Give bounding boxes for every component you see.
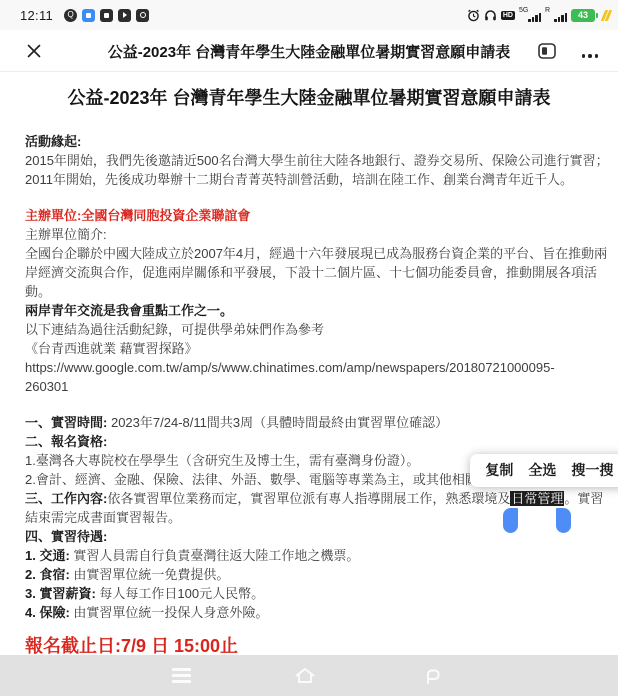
- more-menu-icon[interactable]: [582, 54, 599, 58]
- benefit-line-transport: 1. 交通: 實習人員需自行負責臺灣往返大陸工作地之機票。: [25, 546, 593, 565]
- section-origin-heading: 活動緣起:: [25, 132, 593, 151]
- item-work-content-line1: 三、工作內容:依各實習單位業務而定，實習單位派有專人指導開展工作，熟悉環境及日常…: [25, 489, 593, 508]
- text-selection-menu: 复制全选搜一搜: [470, 454, 618, 487]
- page-title: 公益-2023年 台灣青年學生大陸金融單位暑期實習意願申請表: [0, 30, 618, 72]
- headset-icon: [484, 9, 497, 22]
- select-all-button[interactable]: 全选: [528, 461, 556, 480]
- recent-apps-button[interactable]: [159, 655, 203, 696]
- document-body: 公益-2023年 台灣青年學生大陸金融單位暑期實習意願申請表 活動緣起: 201…: [25, 72, 593, 657]
- benefit-line-salary: 3. 實習薪資: 每人每工作日100元人民幣。: [25, 584, 593, 603]
- selected-text-highlight[interactable]: 日常管理复制全选搜一搜: [510, 491, 564, 506]
- reference-url-line2: 260301: [25, 377, 593, 396]
- status-bar: 12:11 Q HD 5G R 43: [0, 0, 618, 30]
- menu-icon: [172, 668, 191, 682]
- copy-button[interactable]: 复制: [485, 461, 513, 480]
- benefit-line-insurance: 4. 保險: 由實習單位統一投保人身意外險。: [25, 603, 593, 622]
- clock-time: 12:11: [20, 8, 53, 23]
- selection-handle-right[interactable]: [556, 508, 571, 533]
- item-qualification-heading: 二、報名資格:: [25, 432, 593, 451]
- notification-app-icon-camera: [136, 9, 149, 22]
- browser-title-bar: 公益-2023年 台灣青年學生大陸金融單位暑期實習意願申請表: [0, 30, 618, 72]
- item-internship-time: 一、實習時間: 2023年7/24-8/11間共3周（具體時間最終由實習單位確認…: [25, 413, 593, 432]
- origin-paragraph-line: 2015年開始，我們先後邀請近500名台灣大學生前往大陸各地銀行、證券交易所、保…: [25, 151, 593, 170]
- android-nav-bar: [0, 655, 618, 696]
- hd-voice-icon: HD: [501, 11, 515, 20]
- organizer-line: 主辦單位:全國台灣同胞投資企業聯誼會: [25, 206, 593, 225]
- item3-label: 三、工作內容:: [25, 491, 107, 506]
- signal-sim2-roaming-icon: R: [545, 8, 567, 23]
- alarm-clock-icon: [467, 9, 480, 22]
- organizer-intro-line: 動。: [25, 282, 593, 301]
- notification-app-icon-q: Q: [64, 9, 77, 22]
- battery-indicator: 43: [571, 9, 595, 22]
- item1-label: 一、實習時間:: [25, 415, 107, 430]
- back-button[interactable]: [411, 655, 455, 696]
- notification-app-icon-messenger: [82, 9, 95, 22]
- home-button[interactable]: [283, 655, 327, 696]
- signal-sim1-5g-icon: 5G: [519, 8, 541, 23]
- charging-bolt-icon: [601, 10, 612, 21]
- organizer-intro-heading: 主辦單位簡介:: [25, 225, 593, 244]
- youth-exchange-line: 兩岸青年交流是我會重點工作之一。: [25, 301, 593, 320]
- home-icon: [293, 666, 317, 686]
- multi-window-icon[interactable]: [538, 43, 556, 59]
- organizer-intro-line: 岸經濟交流與合作，促進兩岸關係和平發展，下設十二個片區、十七個功能委員會，推動開…: [25, 263, 593, 282]
- organizer-intro-line: 全國台企聯於中國大陸成立於2007年4月，經過十六年發展現已成為服務台資企業的平…: [25, 244, 593, 263]
- reference-note-line: 以下連結為過往活動紀錄，可提供學弟妹們作為參考: [25, 320, 593, 339]
- back-icon: [421, 666, 445, 686]
- notification-app-icon-chat: [100, 9, 113, 22]
- origin-paragraph-line: 2011年開始，先後成功舉辦十二期台青菁英特訓營活動，培訓在陸工作、創業台灣青年…: [25, 170, 593, 189]
- notification-app-icon-send: [118, 9, 131, 22]
- search-button[interactable]: 搜一搜: [571, 461, 613, 480]
- reference-url-line1: https://www.google.com.tw/amp/s/www.chin…: [25, 358, 593, 377]
- benefit-line-board: 2. 食宿: 由實習單位統一免費提供。: [25, 565, 593, 584]
- article-title-line: 《台青西進就業 藉實習探路》: [25, 339, 593, 358]
- selection-handle-left[interactable]: [503, 508, 518, 533]
- registration-deadline: 報名截止日:7/9 日 15:00止: [25, 635, 593, 657]
- document-title: 公益-2023年 台灣青年學生大陸金融單位暑期實習意願申請表: [25, 86, 593, 110]
